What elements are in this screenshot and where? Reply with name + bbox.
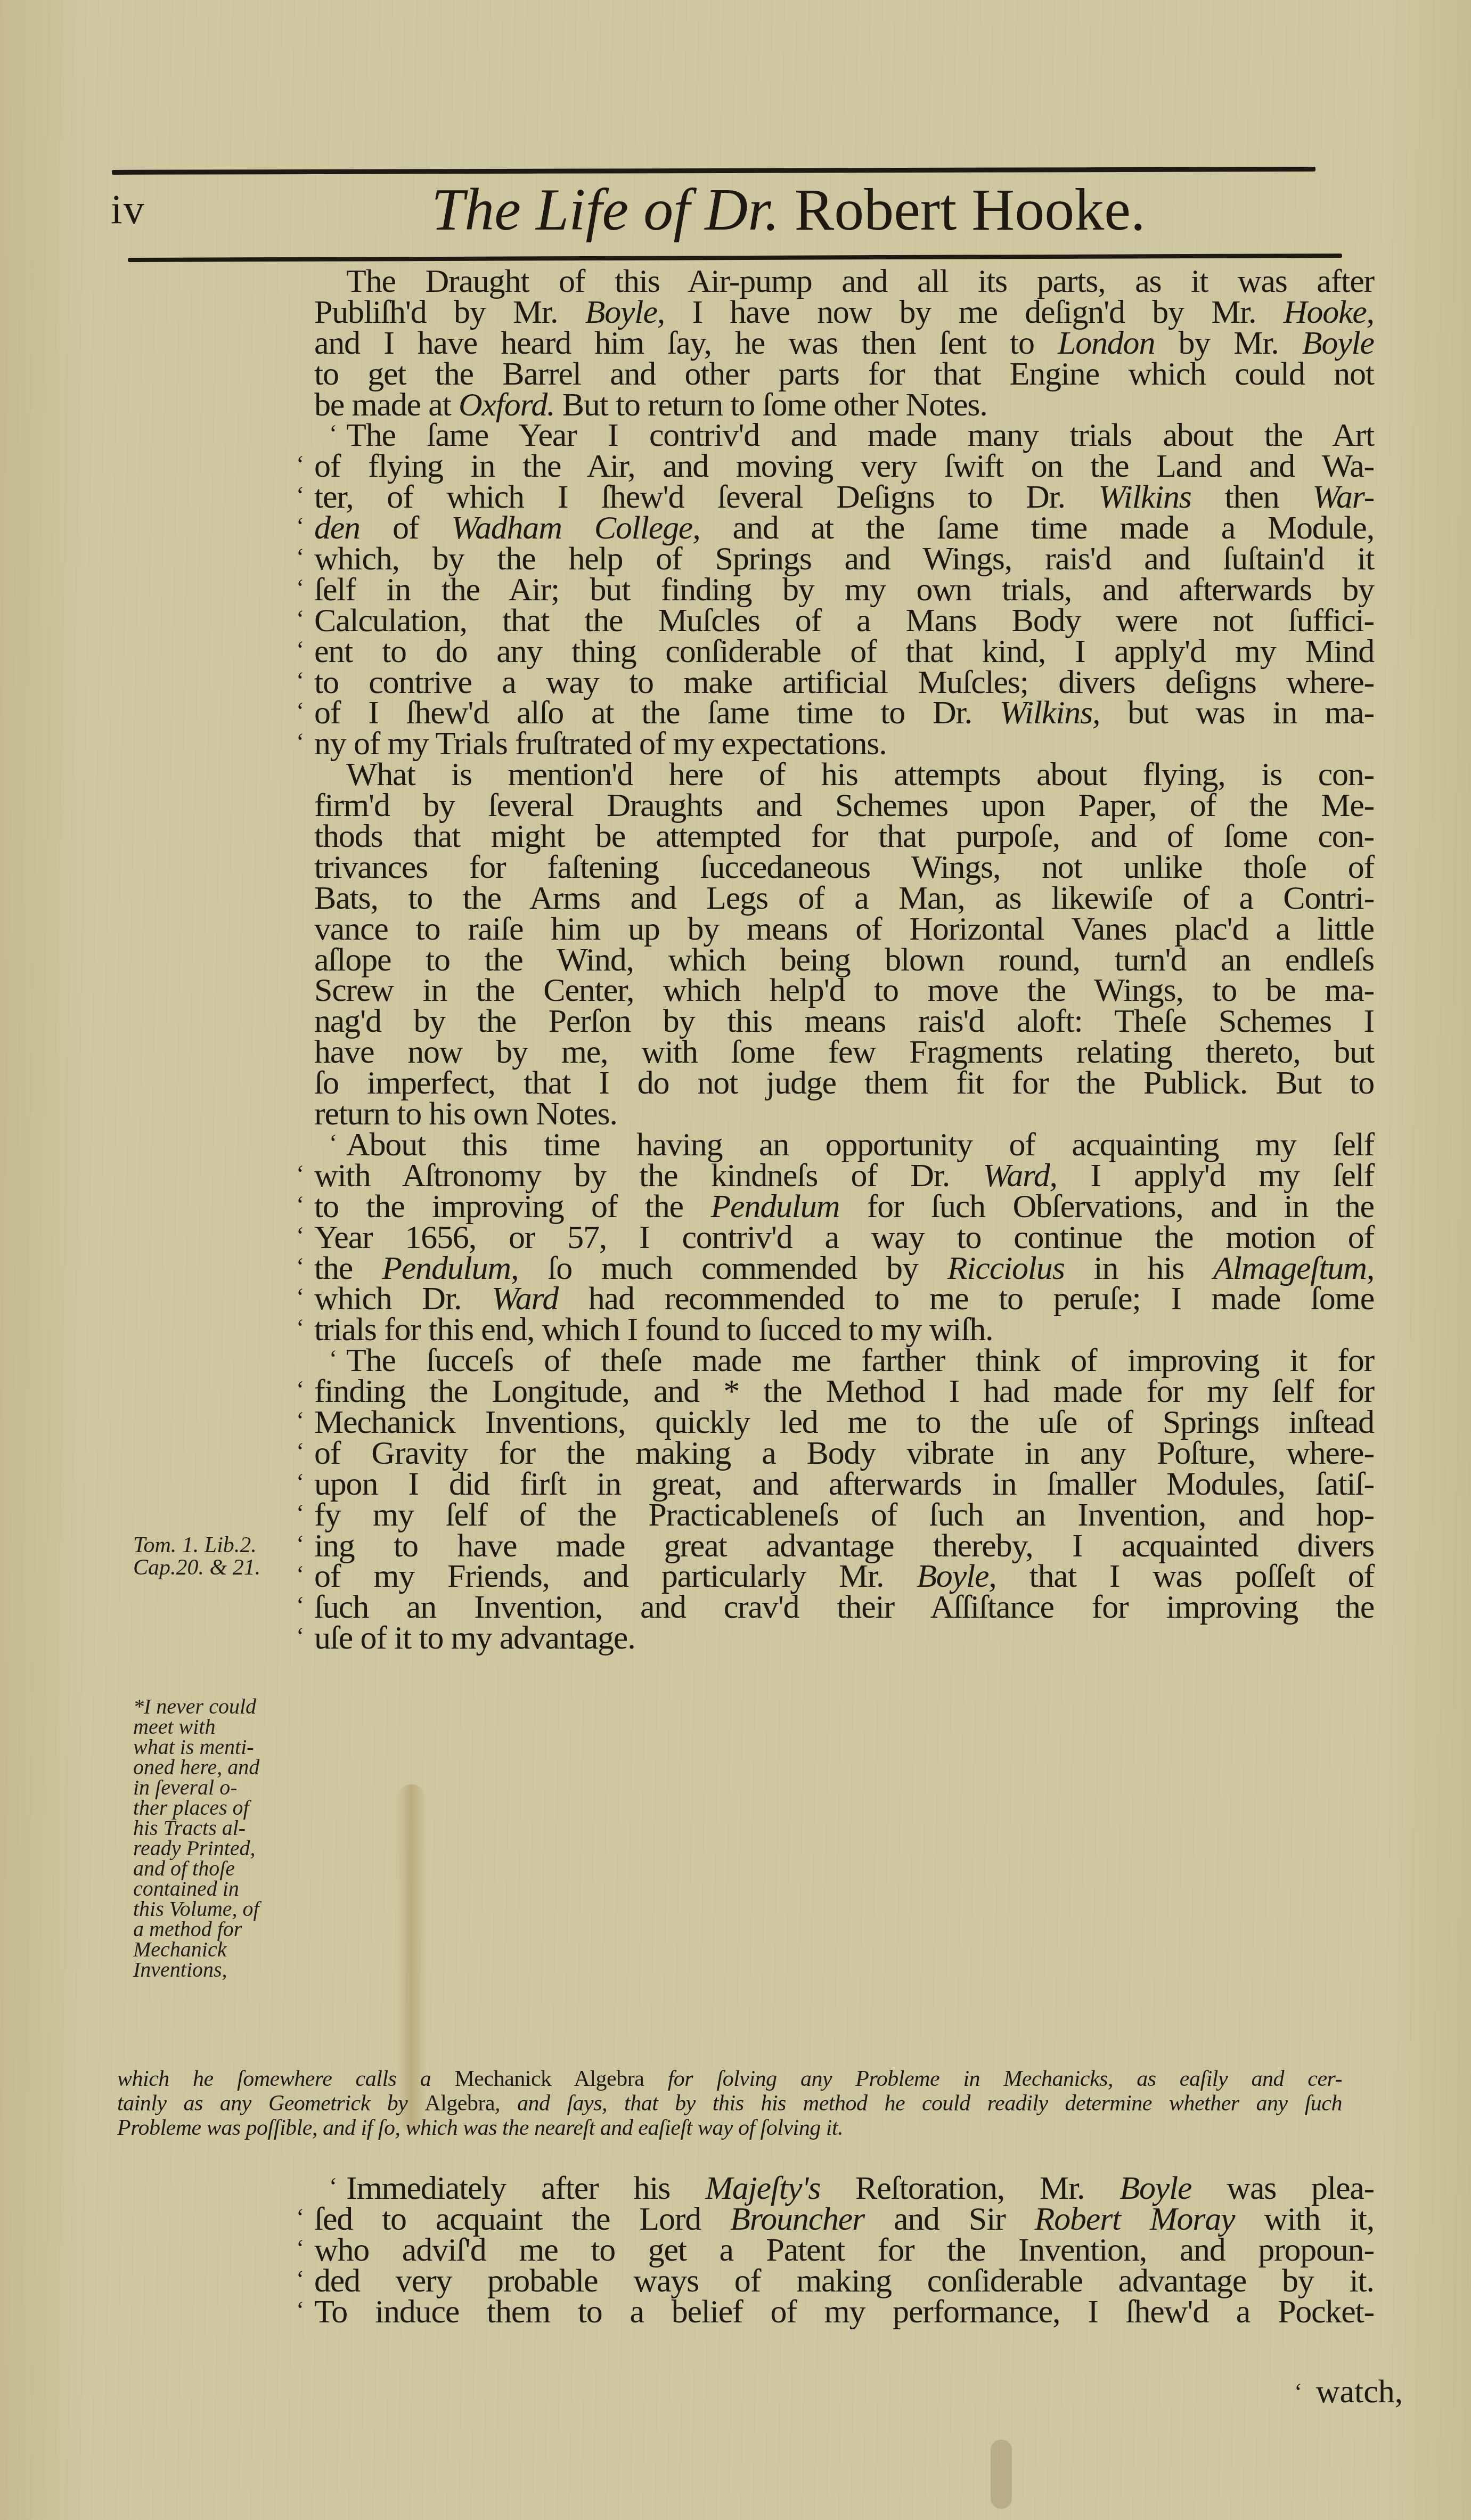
quote-mark: ‘ <box>296 727 304 757</box>
text-line: be made at Oxford. But to return to ſome… <box>314 390 1374 421</box>
margin-note-line: Tom. 1. Lib.2. <box>133 1534 260 1556</box>
text-line: and I have heard him ſay, he was then ſe… <box>314 328 1374 359</box>
text-line: ‘the Pendulum, ſo much commended by Ricc… <box>314 1253 1374 1284</box>
quote-mark: ‘ <box>296 1498 304 1529</box>
quote-mark: ‘ <box>329 1343 337 1374</box>
text-line: ‘ent to do any thing conſiderable of tha… <box>314 637 1374 667</box>
text-line: ‘upon I did firſt in great, and afterwar… <box>314 1469 1374 1500</box>
text-line: ‘Immediately after his Majeſty's Reſtora… <box>314 2173 1374 2204</box>
footnote: which he ſomewhere calls a Mechanick Alg… <box>117 2067 1342 2140</box>
text-line: ‘ter, of which I ſhew'd ſeveral Deſigns … <box>314 482 1374 513</box>
text-line: ‘to the improving of the Pendulum for ſu… <box>314 1192 1374 1222</box>
margin-note-line: ther places of <box>133 1798 259 1818</box>
quote-mark: ‘ <box>296 2264 304 2295</box>
quote-mark: ‘ <box>296 511 304 542</box>
quote-mark: ‘ <box>296 2233 304 2264</box>
text-line: What is mention'd here of his attempts a… <box>314 760 1374 790</box>
quote-mark: ‘ <box>296 1282 304 1312</box>
text-line: vance to raiſe him up by means of Horizo… <box>314 914 1374 945</box>
text-line: ‘To induce them to a belief of my perfor… <box>314 2297 1374 2328</box>
margin-note-line: what is menti- <box>133 1737 259 1757</box>
text-line: ‘of my Friends, and particularly Mr. Boy… <box>314 1561 1374 1592</box>
text-line: ‘with Aſtronomy by the kindneſs of Dr. W… <box>314 1161 1374 1192</box>
header-rule-bottom <box>128 254 1342 262</box>
quote-mark: ‘ <box>296 542 304 573</box>
text-line: ‘Mechanick Inventions, quickly led me to… <box>314 1407 1374 1438</box>
text-line: ‘of flying in the Air, and moving very ſ… <box>314 451 1374 482</box>
margin-note-line: in ſeveral o- <box>133 1777 259 1798</box>
quote-mark: ‘ <box>296 1189 304 1220</box>
margin-note-line: *I never could <box>133 1697 259 1717</box>
quote-mark: ‘ <box>296 2295 304 2326</box>
text-line: ‘The ſame Year I contriv'd and made many… <box>314 420 1374 451</box>
text-line: ‘of Gravity for the making a Body vibrat… <box>314 1438 1374 1469</box>
text-line: Bats, to the Arms and Legs of a Man, as … <box>314 883 1374 914</box>
text-line: ‘uſe of it to my advantage. <box>314 1623 1374 1654</box>
text-line: thods that might be attempted for that p… <box>314 821 1374 852</box>
text-line: nag'd by the Perſon by this means rais'd… <box>314 1006 1374 1037</box>
text-line: have now by me, with ſome few Fragments … <box>314 1037 1374 1068</box>
quote-mark: ‘ <box>296 480 304 511</box>
text-line: ‘of I ſhew'd alſo at the ſame time to Dr… <box>314 698 1374 729</box>
text-line: ‘ded very probable ways of making conſid… <box>314 2266 1374 2297</box>
text-line: ‘Calculation, that the Muſcles of a Mans… <box>314 606 1374 637</box>
text-line: ‘finding the Longitude, and * the Method… <box>314 1376 1374 1407</box>
quote-mark: ‘ <box>296 1159 304 1189</box>
margin-note-line: meet with <box>133 1717 259 1737</box>
quote-mark: ‘ <box>296 1590 304 1621</box>
quote-mark: ‘ <box>1294 2378 1302 2405</box>
text-line: ‘ny of my Trials fruſtrated of my expect… <box>314 729 1374 760</box>
quote-mark: ‘ <box>296 604 304 634</box>
margin-note-line: Cap.20. & 21. <box>133 1556 260 1579</box>
main-text-continued: ‘Immediately after his Majeſty's Reſtora… <box>314 2173 1374 2327</box>
quote-mark: ‘ <box>296 665 304 696</box>
text-line: to get the Barrel and other parts for th… <box>314 359 1374 390</box>
quote-mark: ‘ <box>296 1374 304 1405</box>
catchword: ‘ watch, <box>1300 2373 1403 2411</box>
margin-note-line: contained in <box>133 1879 259 1899</box>
text-line: Screw in the Center, which help'd to mov… <box>314 975 1374 1006</box>
text-line: ‘fy my ſelf of the Practicableneſs of ſu… <box>314 1500 1374 1531</box>
margin-note-line: Inventions, <box>133 1960 259 1980</box>
quote-mark: ‘ <box>296 573 304 604</box>
margin-note-line: Mechanick <box>133 1939 259 1960</box>
quote-mark: ‘ <box>296 1467 304 1498</box>
text-line: ‘which Dr. Ward had recommended to me to… <box>314 1284 1374 1315</box>
text-line: Publiſh'd by Mr. Boyle, I have now by me… <box>314 297 1374 328</box>
book-page: iv The Life of Dr. Robert Hooke. The Dra… <box>0 0 1471 2520</box>
quote-mark: ‘ <box>296 1436 304 1467</box>
quote-mark: ‘ <box>296 696 304 727</box>
text-line: ‘ſuch an Invention, and crav'd their Aſſ… <box>314 1592 1374 1623</box>
quote-mark: ‘ <box>329 418 337 449</box>
running-head-name: Robert Hooke. <box>794 177 1145 243</box>
footnote-line: which he ſomewhere calls a Mechanick Alg… <box>117 2067 1342 2091</box>
text-line: ‘About this time having an opportunity o… <box>314 1130 1374 1161</box>
margin-note-line: his Tracts al- <box>133 1818 259 1838</box>
margin-note-line: this Volume, of <box>133 1899 259 1919</box>
running-head-honorific: Dr. <box>705 177 779 243</box>
text-line: The Draught of this Air-pump and all its… <box>314 266 1374 297</box>
text-line: ‘ſed to acquaint the Lord Brouncher and … <box>314 2204 1374 2235</box>
footnote-line: Probleme was poſſible, and if ſo, which … <box>117 2116 1342 2140</box>
text-line: ‘which, by the help of Springs and Wings… <box>314 544 1374 575</box>
main-text: The Draught of this Air-pump and all its… <box>314 266 1374 1654</box>
quote-mark: ‘ <box>296 1559 304 1590</box>
text-line: ‘The ſucceſs of theſe made me farther th… <box>314 1345 1374 1376</box>
header-rule-top <box>112 167 1315 175</box>
paper-stain <box>991 2440 1012 2509</box>
footnote-line: tainly as any Geometrick by Algebra, and… <box>117 2091 1342 2116</box>
text-line: return to his own Notes. <box>314 1099 1374 1130</box>
text-line: ‘trials for this end, which I found to ſ… <box>314 1315 1374 1345</box>
margin-note-line: oned here, and <box>133 1757 259 1777</box>
running-head: The Life of Dr. Robert Hooke. <box>431 176 1146 244</box>
text-line: ſo imperfect, that I do not judge them f… <box>314 1068 1374 1099</box>
catchword-text: watch, <box>1316 2374 1403 2410</box>
running-head-title: The Life of <box>431 177 690 243</box>
text-line: ‘to contrive a way to make artificial Mu… <box>314 667 1374 698</box>
quote-mark: ‘ <box>296 1220 304 1251</box>
quote-mark: ‘ <box>296 1529 304 1560</box>
quote-mark: ‘ <box>296 1621 304 1652</box>
text-line: ‘Year 1656, or 57, I contriv'd a way to … <box>314 1222 1374 1253</box>
quote-mark: ‘ <box>296 1405 304 1436</box>
text-line: trivances for faſtening ſuccedaneous Win… <box>314 852 1374 883</box>
quote-mark: ‘ <box>296 449 304 480</box>
quote-mark: ‘ <box>296 2202 304 2233</box>
quote-mark: ‘ <box>296 1312 304 1343</box>
text-line: ‘den of Wadham College, and at the ſame … <box>314 513 1374 544</box>
margin-note-line: and of thoſe <box>133 1858 259 1879</box>
page-number: iv <box>111 185 145 233</box>
text-line: ‘ing to have made great advantage thereb… <box>314 1531 1374 1562</box>
text-line: ‘who adviſ'd me to get a Patent for the … <box>314 2235 1374 2266</box>
quote-mark: ‘ <box>329 2171 337 2202</box>
margin-note-line: a method for <box>133 1919 259 1939</box>
margin-note-asterisk: *I never couldmeet withwhat is menti-one… <box>133 1697 259 1980</box>
margin-note-line: ready Printed, <box>133 1838 259 1858</box>
text-line: ‘ſelf in the Air; but finding by my own … <box>314 575 1374 606</box>
quote-mark: ‘ <box>296 1251 304 1282</box>
margin-note-reference: Tom. 1. Lib.2.Cap.20. & 21. <box>133 1534 260 1579</box>
text-line: aſlope to the Wind, which being blown ro… <box>314 945 1374 976</box>
quote-mark: ‘ <box>296 634 304 665</box>
text-line: firm'd by ſeveral Draughts and Schemes u… <box>314 790 1374 821</box>
quote-mark: ‘ <box>329 1128 337 1159</box>
